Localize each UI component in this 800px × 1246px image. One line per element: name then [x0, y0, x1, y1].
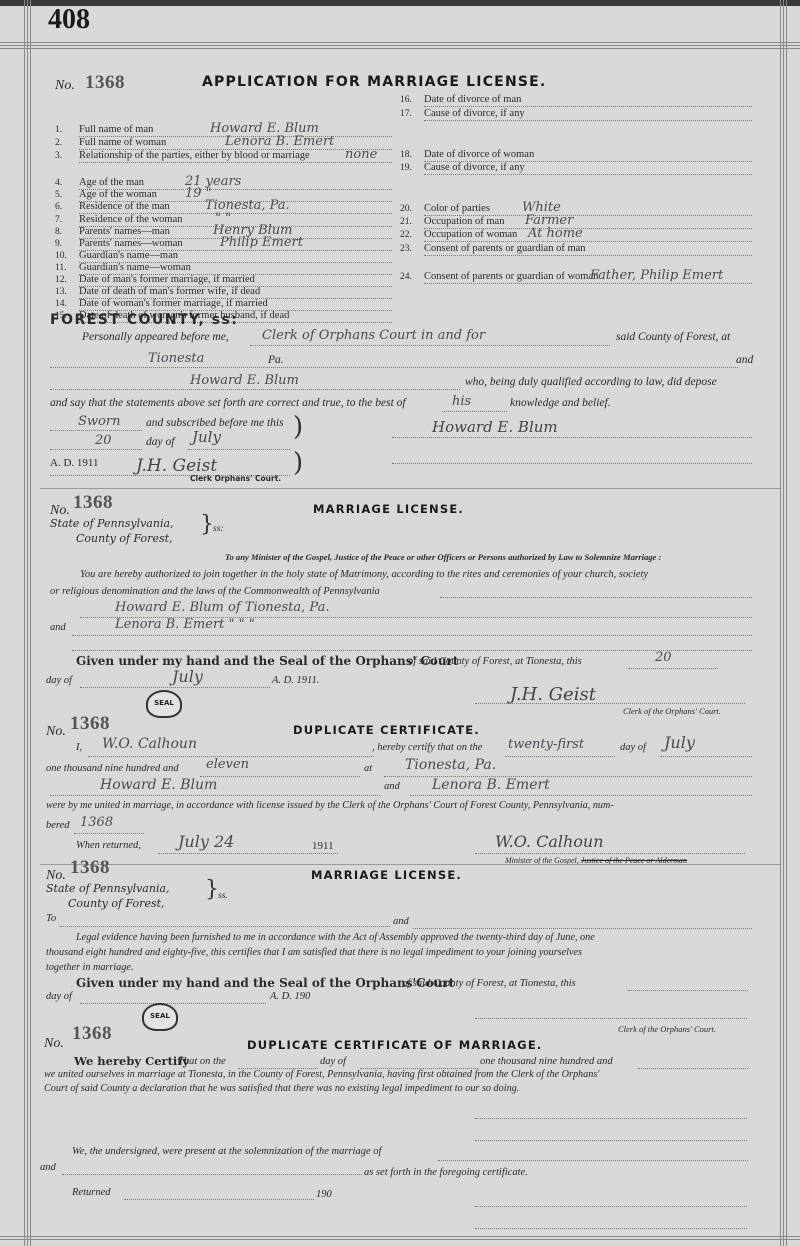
field-label: Consent of parents or guardian of man	[424, 243, 586, 254]
officer-field[interactable]: Clerk of Orphans Court in and for	[262, 328, 485, 343]
application-field-row: 9.Parents' names—woman	[55, 238, 183, 249]
field-label: Date of divorce of woman	[424, 149, 534, 160]
field-number: 9.	[55, 239, 79, 249]
returned-year: 1911	[312, 840, 334, 852]
we-hereby-certify: We hereby Certify	[74, 1054, 189, 1068]
certificate-place-field[interactable]: Tionesta, Pa.	[405, 757, 496, 773]
license-clerk-signature: J.H. Geist	[510, 684, 596, 705]
field-label: Guardian's name—man	[79, 250, 178, 261]
field-value[interactable]: Philip Emert	[220, 235, 303, 250]
affidavit-text: said County of Forest, at	[616, 331, 730, 343]
field-label: Date of death of man's former wife, if d…	[79, 286, 260, 297]
certificate-text: day of	[620, 742, 646, 753]
field-label: Consent of parents or guardian of woman	[424, 271, 598, 282]
license2-text: thousand eight hundred and eighty-five, …	[46, 947, 582, 958]
applicant-field[interactable]: Howard E. Blum	[190, 373, 299, 388]
license2-year: A. D. 190	[270, 991, 310, 1002]
margin-rule	[783, 0, 784, 1246]
certificate-text: one thousand nine hundred and	[46, 763, 179, 774]
bracket: }	[205, 877, 219, 902]
field-number: 22.	[400, 230, 424, 240]
license-body: You are hereby authorized to join togeth…	[80, 569, 648, 580]
application-field-row: 16.Date of divorce of man	[400, 94, 521, 105]
field-value[interactable]: Lenora B. Emert	[225, 134, 334, 149]
bracket: }	[200, 512, 214, 537]
section-divider	[40, 864, 780, 865]
field-number: 24.	[400, 272, 424, 282]
section-divider	[40, 488, 780, 489]
application-field-row: 5.Age of the woman	[55, 189, 157, 200]
field-label: Occupation of woman	[424, 229, 517, 240]
officiant-field[interactable]: W.O. Calhoun	[102, 736, 197, 752]
field-label: Parents' names—man	[79, 226, 170, 237]
field-label: Cause of divorce, if any	[424, 108, 525, 119]
license2-title: MARRIAGE LICENSE.	[311, 868, 462, 882]
field-number: 10.	[55, 251, 79, 261]
state-label: State of Pennsylvania,	[46, 882, 170, 895]
field-number: 16.	[400, 95, 424, 105]
field-number: 4.	[55, 178, 79, 188]
license-year: A. D. 1911.	[272, 675, 319, 686]
field-label: Residence of the man	[79, 201, 170, 212]
field-label: Parents' names—woman	[79, 238, 183, 249]
header-rule	[0, 45, 800, 46]
duplicate-title: DUPLICATE CERTIFICATE.	[293, 723, 480, 737]
application-field-row: 11.Guardian's name—woman	[55, 262, 191, 273]
affidavit-text: knowledge and belief.	[510, 397, 611, 409]
duplicate2-text: Returned	[72, 1187, 111, 1198]
field-value[interactable]: none	[345, 147, 377, 162]
number-label: No.	[44, 1036, 64, 1052]
application-field-row: 22.Occupation of woman	[400, 229, 517, 240]
application-field-row: 1.Full name of man	[55, 124, 153, 135]
field-label: Occupation of man	[424, 216, 504, 227]
page-number: 408	[48, 4, 90, 36]
certificate-text: and	[384, 781, 400, 792]
certificate-year-field[interactable]: eleven	[206, 757, 249, 772]
field-number: 1.	[55, 125, 79, 135]
application-field-row: 21.Occupation of man	[400, 216, 504, 227]
margin-rule	[780, 0, 781, 1246]
sworn-month-field[interactable]: July	[192, 428, 221, 446]
affidavit-text: Pa.	[268, 354, 284, 366]
field-number: 18.	[400, 150, 424, 160]
bracket: )	[293, 448, 303, 478]
field-number: 14.	[55, 299, 79, 309]
sworn-year: A. D. 1911	[50, 457, 98, 469]
license2-text: To	[46, 913, 56, 924]
certificate-text: were by me united in marriage, in accord…	[46, 800, 614, 811]
duplicate2-number: 1368	[72, 1023, 112, 1045]
number-label: No.	[55, 78, 75, 94]
footer-rule	[0, 1239, 800, 1240]
field-number: 3.	[55, 151, 79, 161]
license-clerk-title: Clerk of the Orphans' Court.	[623, 706, 721, 716]
field-number: 2.	[55, 138, 79, 148]
ss-label: ss:	[213, 524, 224, 534]
returned-date-field[interactable]: July 24	[178, 832, 234, 851]
bracket: )	[293, 412, 303, 442]
margin-rule	[27, 0, 28, 1246]
field-number: 13.	[55, 287, 79, 297]
affidavit-text: who, being duly qualified according to l…	[465, 376, 717, 388]
seal-icon: SEAL	[146, 690, 182, 718]
duplicate2-text: we united ourselves in marriage at Tione…	[44, 1069, 599, 1080]
field-number: 6.	[55, 202, 79, 212]
given-under-hand: Given under my hand and the Seal of the …	[76, 976, 454, 990]
number-label: No.	[46, 724, 66, 740]
margin-rule	[786, 0, 787, 1246]
field-label: Date of divorce of man	[424, 94, 521, 105]
application-number: 1368	[85, 72, 125, 94]
field-label: Date of man's former marriage, if marrie…	[79, 274, 255, 285]
field-label: Color of parties	[424, 203, 490, 214]
certificate-day-field[interactable]: twenty-first	[508, 737, 584, 752]
certificate-text: bered	[46, 820, 70, 831]
license-number: 1368	[73, 492, 113, 514]
field-value[interactable]: Father, Philip Emert	[590, 268, 723, 283]
license2-text: Legal evidence having been furnished to …	[76, 932, 595, 943]
duplicate2-text: day of	[320, 1056, 346, 1067]
duplicate2-text: Court of said County a declaration that …	[44, 1083, 519, 1094]
application-field-row: 24.Consent of parents or guardian of wom…	[400, 271, 598, 282]
duplicate2-title: DUPLICATE CERTIFICATE OF MARRIAGE.	[247, 1038, 542, 1052]
certificate-month-field[interactable]: July	[664, 733, 695, 752]
application-field-row: 10.Guardian's name—man	[55, 250, 178, 261]
application-field-row: 8.Parents' names—man	[55, 226, 170, 237]
application-field-row: 17.Cause of divorce, if any	[400, 108, 525, 119]
field-label: Full name of man	[79, 124, 153, 135]
application-title: APPLICATION FOR MARRIAGE LICENSE.	[202, 74, 546, 90]
sworn-field[interactable]: Sworn	[78, 414, 120, 429]
application-field-row: 20.Color of parties	[400, 203, 490, 214]
duplicate2-text: one thousand nine hundred and	[480, 1056, 613, 1067]
duplicate-number: 1368	[70, 713, 110, 735]
duplicate2-text: That on the	[178, 1056, 226, 1067]
bride-field[interactable]: Lenora B. Emert " " "	[115, 617, 255, 632]
license-body: day of	[46, 675, 72, 686]
field-number: 12.	[55, 275, 79, 285]
place-field[interactable]: Tionesta	[148, 351, 204, 366]
affidavit-text: and	[736, 354, 753, 366]
officiant-signature: W.O. Calhoun	[495, 832, 604, 851]
groom-field[interactable]: Howard E. Blum of Tionesta, Pa.	[115, 600, 329, 615]
field-label: Age of the woman	[79, 189, 157, 200]
field-number: 21.	[400, 217, 424, 227]
license2-text: together in marriage.	[46, 962, 133, 973]
field-label: Cause of divorce, if any	[424, 162, 525, 173]
license2-number: 1368	[70, 857, 110, 879]
field-value[interactable]: At home	[528, 226, 583, 241]
margin-rule	[30, 0, 31, 1246]
license-body: of said County of Forest, at Tionesta, t…	[408, 656, 582, 667]
county-heading: FOREST COUNTY, ss:	[50, 312, 238, 328]
field-number: 17.	[400, 109, 424, 119]
license-number-field[interactable]: 1368	[80, 815, 113, 830]
application-field-row: 4.Age of the man	[55, 177, 144, 188]
application-field-row: 13.Date of death of man's former wife, i…	[55, 286, 260, 297]
field-label: Relationship of the parties, either by b…	[79, 150, 310, 161]
ledger-page: 408 No. 1368 APPLICATION FOR MARRIAGE LI…	[0, 0, 800, 1246]
field-label: Full name of woman	[79, 137, 166, 148]
field-number: 7.	[55, 215, 79, 225]
license-address: To any Minister of the Gospel, Justice o…	[225, 552, 661, 562]
field-label: Residence of the woman	[79, 214, 183, 225]
seal-icon: SEAL	[142, 1003, 178, 1031]
certificate-text: , hereby certify that on the	[372, 742, 482, 753]
license-title: MARRIAGE LICENSE.	[313, 502, 464, 516]
field-label: Age of the man	[79, 177, 144, 188]
application-field-row: 23.Consent of parents or guardian of man	[400, 243, 586, 254]
field-number: 8.	[55, 227, 79, 237]
license2-text: day of	[46, 991, 72, 1002]
duplicate2-text: as set forth in the foregoing certificat…	[364, 1167, 528, 1178]
certificate-groom-field[interactable]: Howard E. Blum	[100, 777, 217, 793]
field-label: Guardian's name—woman	[79, 262, 191, 273]
header-rule	[0, 48, 800, 49]
application-field-row: 2.Full name of woman	[55, 137, 166, 148]
margin-rule	[24, 0, 25, 1246]
footer-rule	[0, 1236, 800, 1237]
ss-label: ss.	[218, 891, 228, 901]
header-rule	[0, 42, 800, 43]
application-field-row: 18.Date of divorce of woman	[400, 149, 534, 160]
field-number: 19.	[400, 163, 424, 173]
county-label: County of Forest,	[76, 532, 173, 545]
application-field-row: 7.Residence of the woman	[55, 214, 183, 225]
affidavit-text: day of	[146, 436, 174, 448]
application-field-row: 6.Residence of the man	[55, 201, 170, 212]
sworn-day-field[interactable]: 20	[95, 433, 112, 448]
field-label: Date of woman's former marriage, if marr…	[79, 298, 268, 309]
affidavit-text: and say that the statements above set fo…	[50, 397, 406, 409]
county-label: County of Forest,	[68, 897, 165, 910]
certificate-bride-field[interactable]: Lenora B. Emert	[432, 777, 550, 793]
certificate-text: When returned,	[76, 840, 141, 851]
application-field-row: 12.Date of man's former marriage, if mar…	[55, 274, 255, 285]
application-field-row: 19.Cause of divorce, if any	[400, 162, 525, 173]
duplicate2-year: 190	[316, 1189, 332, 1200]
license2-text: and	[393, 916, 409, 927]
license-body: and	[50, 622, 66, 633]
duplicate2-text: and	[40, 1162, 56, 1173]
field-number: 11.	[55, 263, 79, 273]
certificate-text: I,	[76, 742, 82, 753]
application-field-row: 14.Date of woman's former marriage, if m…	[55, 298, 268, 309]
license-body: or religious denomination and the laws o…	[50, 586, 380, 597]
applicant-signature: Howard E. Blum	[432, 418, 558, 436]
field-number: 23.	[400, 244, 424, 254]
license2-text: of said County of Forest, at Tionesta, t…	[402, 978, 576, 989]
license-month-field[interactable]: July	[172, 667, 203, 686]
pronoun-field[interactable]: his	[452, 394, 471, 409]
state-label: State of Pennsylvania,	[50, 517, 174, 530]
field-number: 5.	[55, 190, 79, 200]
clerk-signature: J.H. Geist	[136, 456, 217, 476]
license2-clerk-title: Clerk of the Orphans' Court.	[618, 1024, 716, 1034]
clerk-title: Clerk Orphans' Court.	[190, 474, 281, 483]
given-under-hand: Given under my hand and the Seal of the …	[76, 654, 458, 668]
affidavit-text: Personally appeared before me,	[82, 331, 229, 343]
duplicate2-text: We, the undersigned, were present at the…	[72, 1146, 381, 1157]
license-day-field[interactable]: 20	[655, 650, 672, 665]
page-edge	[0, 0, 800, 6]
application-field-row: 3.Relationship of the parties, either by…	[55, 150, 310, 161]
field-number: 20.	[400, 204, 424, 214]
certificate-text: at	[364, 763, 372, 774]
